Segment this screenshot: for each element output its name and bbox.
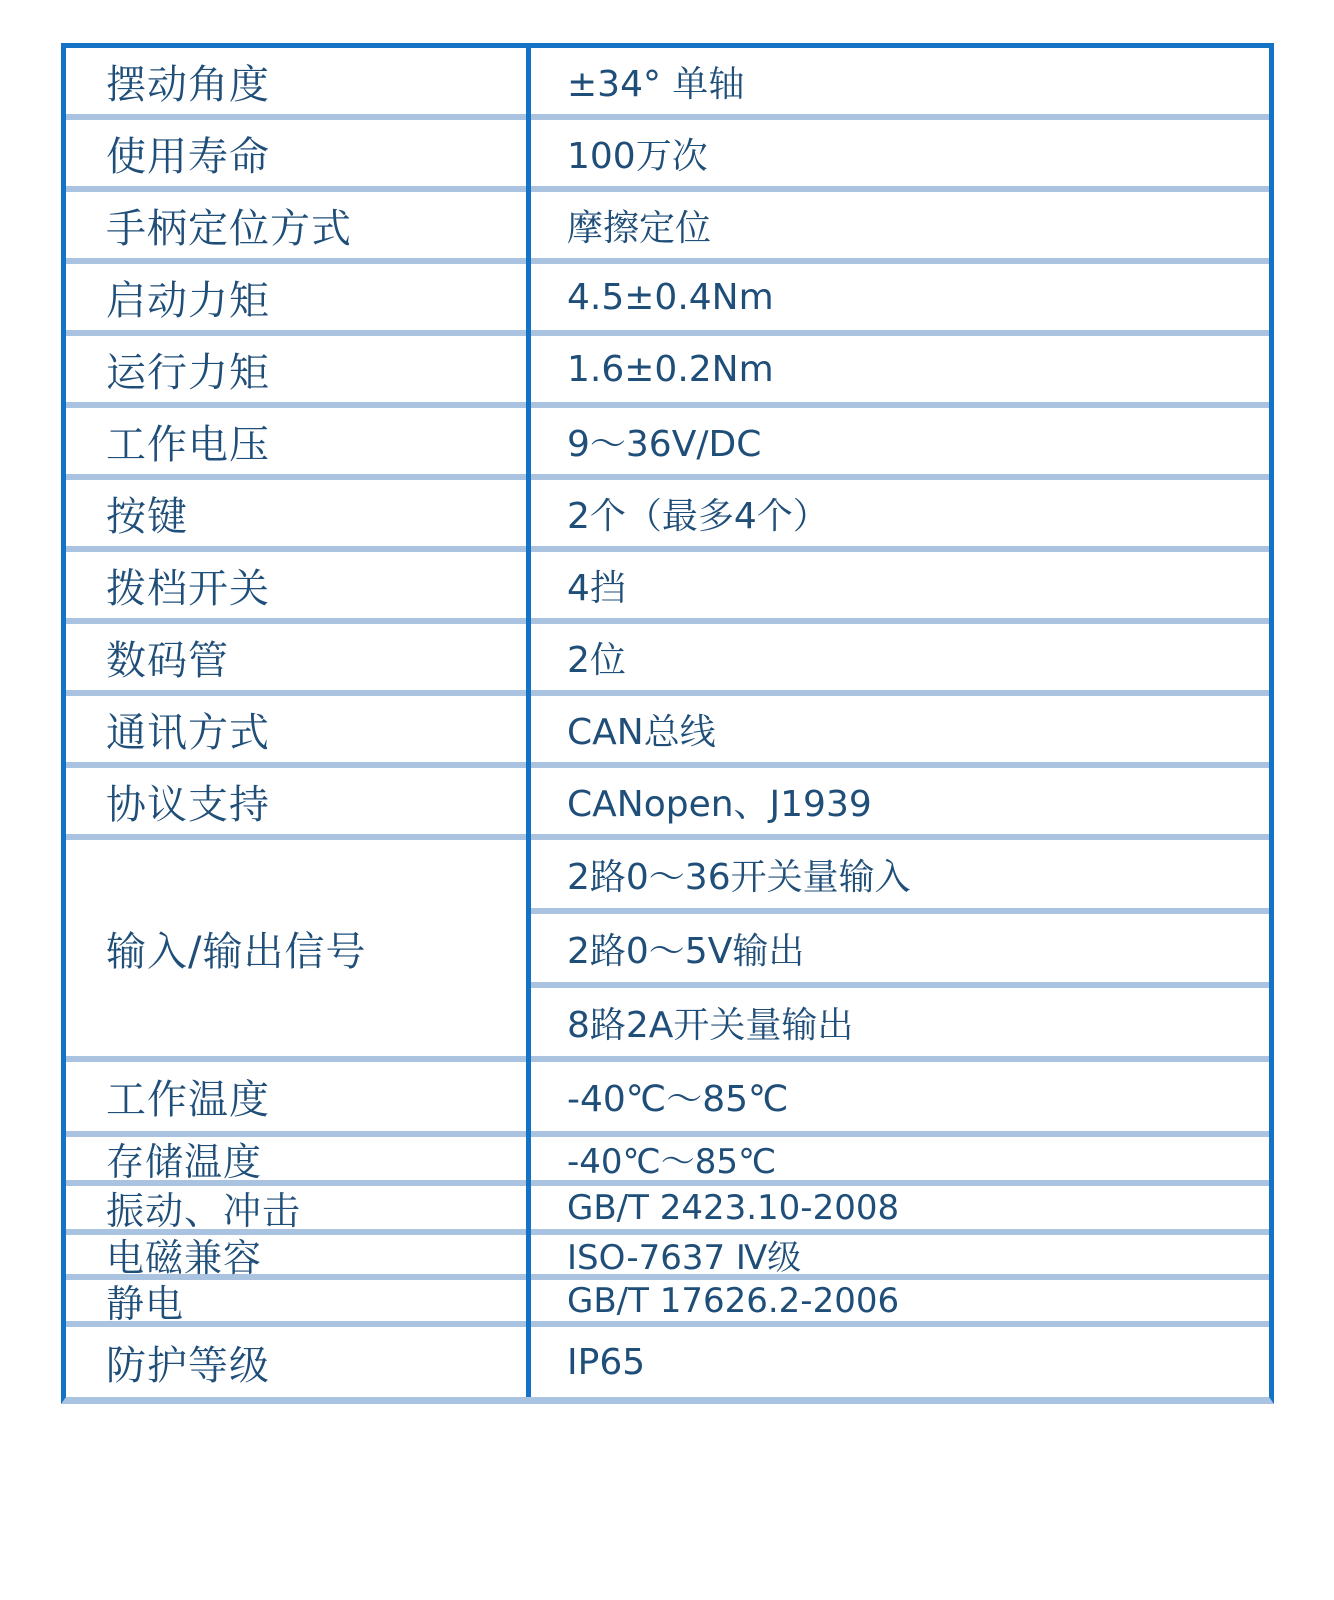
spec-label-cell: 电磁兼容 [66,1235,531,1274]
spec-row-starting-torque: 启动力矩 4.5±0.4Nm [66,264,1269,336]
spec-value-cell: 摩擦定位 [531,192,1269,258]
spec-label-cell: 摆动角度 [66,48,531,114]
spec-row-communication: 通讯方式 CAN总线 [66,696,1269,768]
io-sub-row: 2路0～5V输出 [531,914,1269,988]
spec-label-cell: 拨档开关 [66,552,531,618]
spec-value: 2位 [567,632,626,683]
spec-label: 拨档开关 [106,557,270,614]
spec-value: 2个（最多4个） [567,488,829,539]
spec-label: 工作电压 [106,413,270,470]
spec-label-cell: 振动、冲击 [66,1186,531,1229]
spec-row-handle-positioning: 手柄定位方式 摩擦定位 [66,192,1269,264]
spec-row-gear-switch: 拨档开关 4挡 [66,552,1269,624]
spec-label-cell: 静电 [66,1280,531,1321]
spec-value: 9～36V/DC [567,416,761,467]
spec-value-cell: ±34° 单轴 [531,48,1269,114]
spec-value-cell: ISO-7637 Ⅳ级 [531,1235,1269,1274]
spec-value-cell: CAN总线 [531,696,1269,762]
spec-value-cell: -40℃～85℃ [531,1062,1269,1131]
spec-row-swing-angle: 摆动角度 ±34° 单轴 [66,48,1269,120]
spec-value-cell: IP65 [531,1327,1269,1397]
spec-value: -40℃～85℃ [567,1071,788,1122]
spec-value: GB/T 17626.2-2006 [567,1281,899,1321]
spec-value: CANopen、J1939 [567,776,872,827]
spec-label-cell: 协议支持 [66,768,531,834]
spec-label: 工作温度 [106,1068,270,1125]
spec-row-digital-display: 数码管 2位 [66,624,1269,696]
spec-label: 通讯方式 [106,701,270,758]
spec-value: 4.5±0.4Nm [567,277,774,318]
spec-label-cell: 工作电压 [66,408,531,474]
spec-row-protection-rating: 防护等级 IP65 [66,1327,1269,1397]
spec-value: 100万次 [567,128,708,179]
spec-row-emc: 电磁兼容 ISO-7637 Ⅳ级 [66,1235,1269,1280]
spec-value-cell: -40℃～85℃ [531,1137,1269,1180]
column-divider [526,48,531,1397]
spec-label: 协议支持 [106,773,270,830]
spec-row-storage-temp: 存储温度 -40℃～85℃ [66,1137,1269,1186]
spec-label: 摆动角度 [106,53,270,110]
spec-label: 按键 [106,485,188,542]
spec-label-cell: 手柄定位方式 [66,192,531,258]
spec-row-esd: 静电 GB/T 17626.2-2006 [66,1280,1269,1327]
spec-table: 摆动角度 ±34° 单轴 使用寿命 100万次 手柄定位方式 摩擦定位 启动力矩… [61,43,1274,1404]
spec-row-working-temp: 工作温度 -40℃～85℃ [66,1062,1269,1137]
spec-value-cell: GB/T 17626.2-2006 [531,1280,1269,1321]
spec-value: 2路0～5V输出 [567,923,804,974]
spec-value: GB/T 2423.10-2008 [567,1188,899,1228]
spec-value: -40℃～85℃ [567,1134,776,1183]
io-sub-row: 8路2A开关量输出 [531,988,1269,1056]
io-sub-row: 2路0～36开关量输入 [531,840,1269,914]
spec-value: IP65 [567,1342,645,1383]
spec-label-cell: 启动力矩 [66,264,531,330]
spec-value-cell: 100万次 [531,120,1269,186]
spec-value-cell: 9～36V/DC [531,408,1269,474]
spec-value-cell: CANopen、J1939 [531,768,1269,834]
spec-value: ISO-7637 Ⅳ级 [567,1230,801,1279]
spec-label-cell: 防护等级 [66,1327,531,1397]
spec-label-cell: 按键 [66,480,531,546]
spec-row-io-signals: 输入/输出信号 2路0～36开关量输入 2路0～5V输出 8路2A开关量输出 [66,840,1269,1062]
spec-value: ±34° 单轴 [567,56,744,107]
spec-label: 运行力矩 [106,341,270,398]
spec-row-service-life: 使用寿命 100万次 [66,120,1269,192]
spec-label-cell: 运行力矩 [66,336,531,402]
spec-value-cell: 2个（最多4个） [531,480,1269,546]
spec-label: 使用寿命 [106,125,270,182]
spec-row-running-torque: 运行力矩 1.6±0.2Nm [66,336,1269,408]
spec-label: 启动力矩 [106,269,270,326]
spec-row-working-voltage: 工作电压 9～36V/DC [66,408,1269,480]
spec-label: 输入/输出信号 [106,920,366,977]
spec-label-cell: 存储温度 [66,1137,531,1180]
spec-row-buttons: 按键 2个（最多4个） [66,480,1269,552]
spec-label-cell: 使用寿命 [66,120,531,186]
spec-value-cell: 2位 [531,624,1269,690]
spec-label: 数码管 [106,629,229,686]
spec-row-protocol: 协议支持 CANopen、J1939 [66,768,1269,840]
spec-value: 2路0～36开关量输入 [567,849,911,900]
spec-label: 存储温度 [106,1131,262,1186]
spec-value-cell: GB/T 2423.10-2008 [531,1186,1269,1229]
spec-label-cell: 工作温度 [66,1062,531,1131]
spec-value: 8路2A开关量输出 [567,997,853,1048]
io-values-group: 2路0～36开关量输入 2路0～5V输出 8路2A开关量输出 [531,840,1269,1056]
spec-label: 手柄定位方式 [106,197,352,254]
page: 摆动角度 ±34° 单轴 使用寿命 100万次 手柄定位方式 摩擦定位 启动力矩… [0,0,1334,1600]
spec-value: 摩擦定位 [567,200,711,251]
spec-label: 防护等级 [106,1334,270,1391]
spec-value-cell: 4挡 [531,552,1269,618]
spec-value: 4挡 [567,560,626,611]
spec-label: 静电 [106,1273,184,1328]
spec-value-cell: 4.5±0.4Nm [531,264,1269,330]
spec-label-cell: 通讯方式 [66,696,531,762]
spec-value-cell: 1.6±0.2Nm [531,336,1269,402]
spec-label-cell: 数码管 [66,624,531,690]
spec-label-cell: 输入/输出信号 [66,840,531,1056]
spec-value: CAN总线 [567,704,716,755]
spec-value: 1.6±0.2Nm [567,349,774,390]
